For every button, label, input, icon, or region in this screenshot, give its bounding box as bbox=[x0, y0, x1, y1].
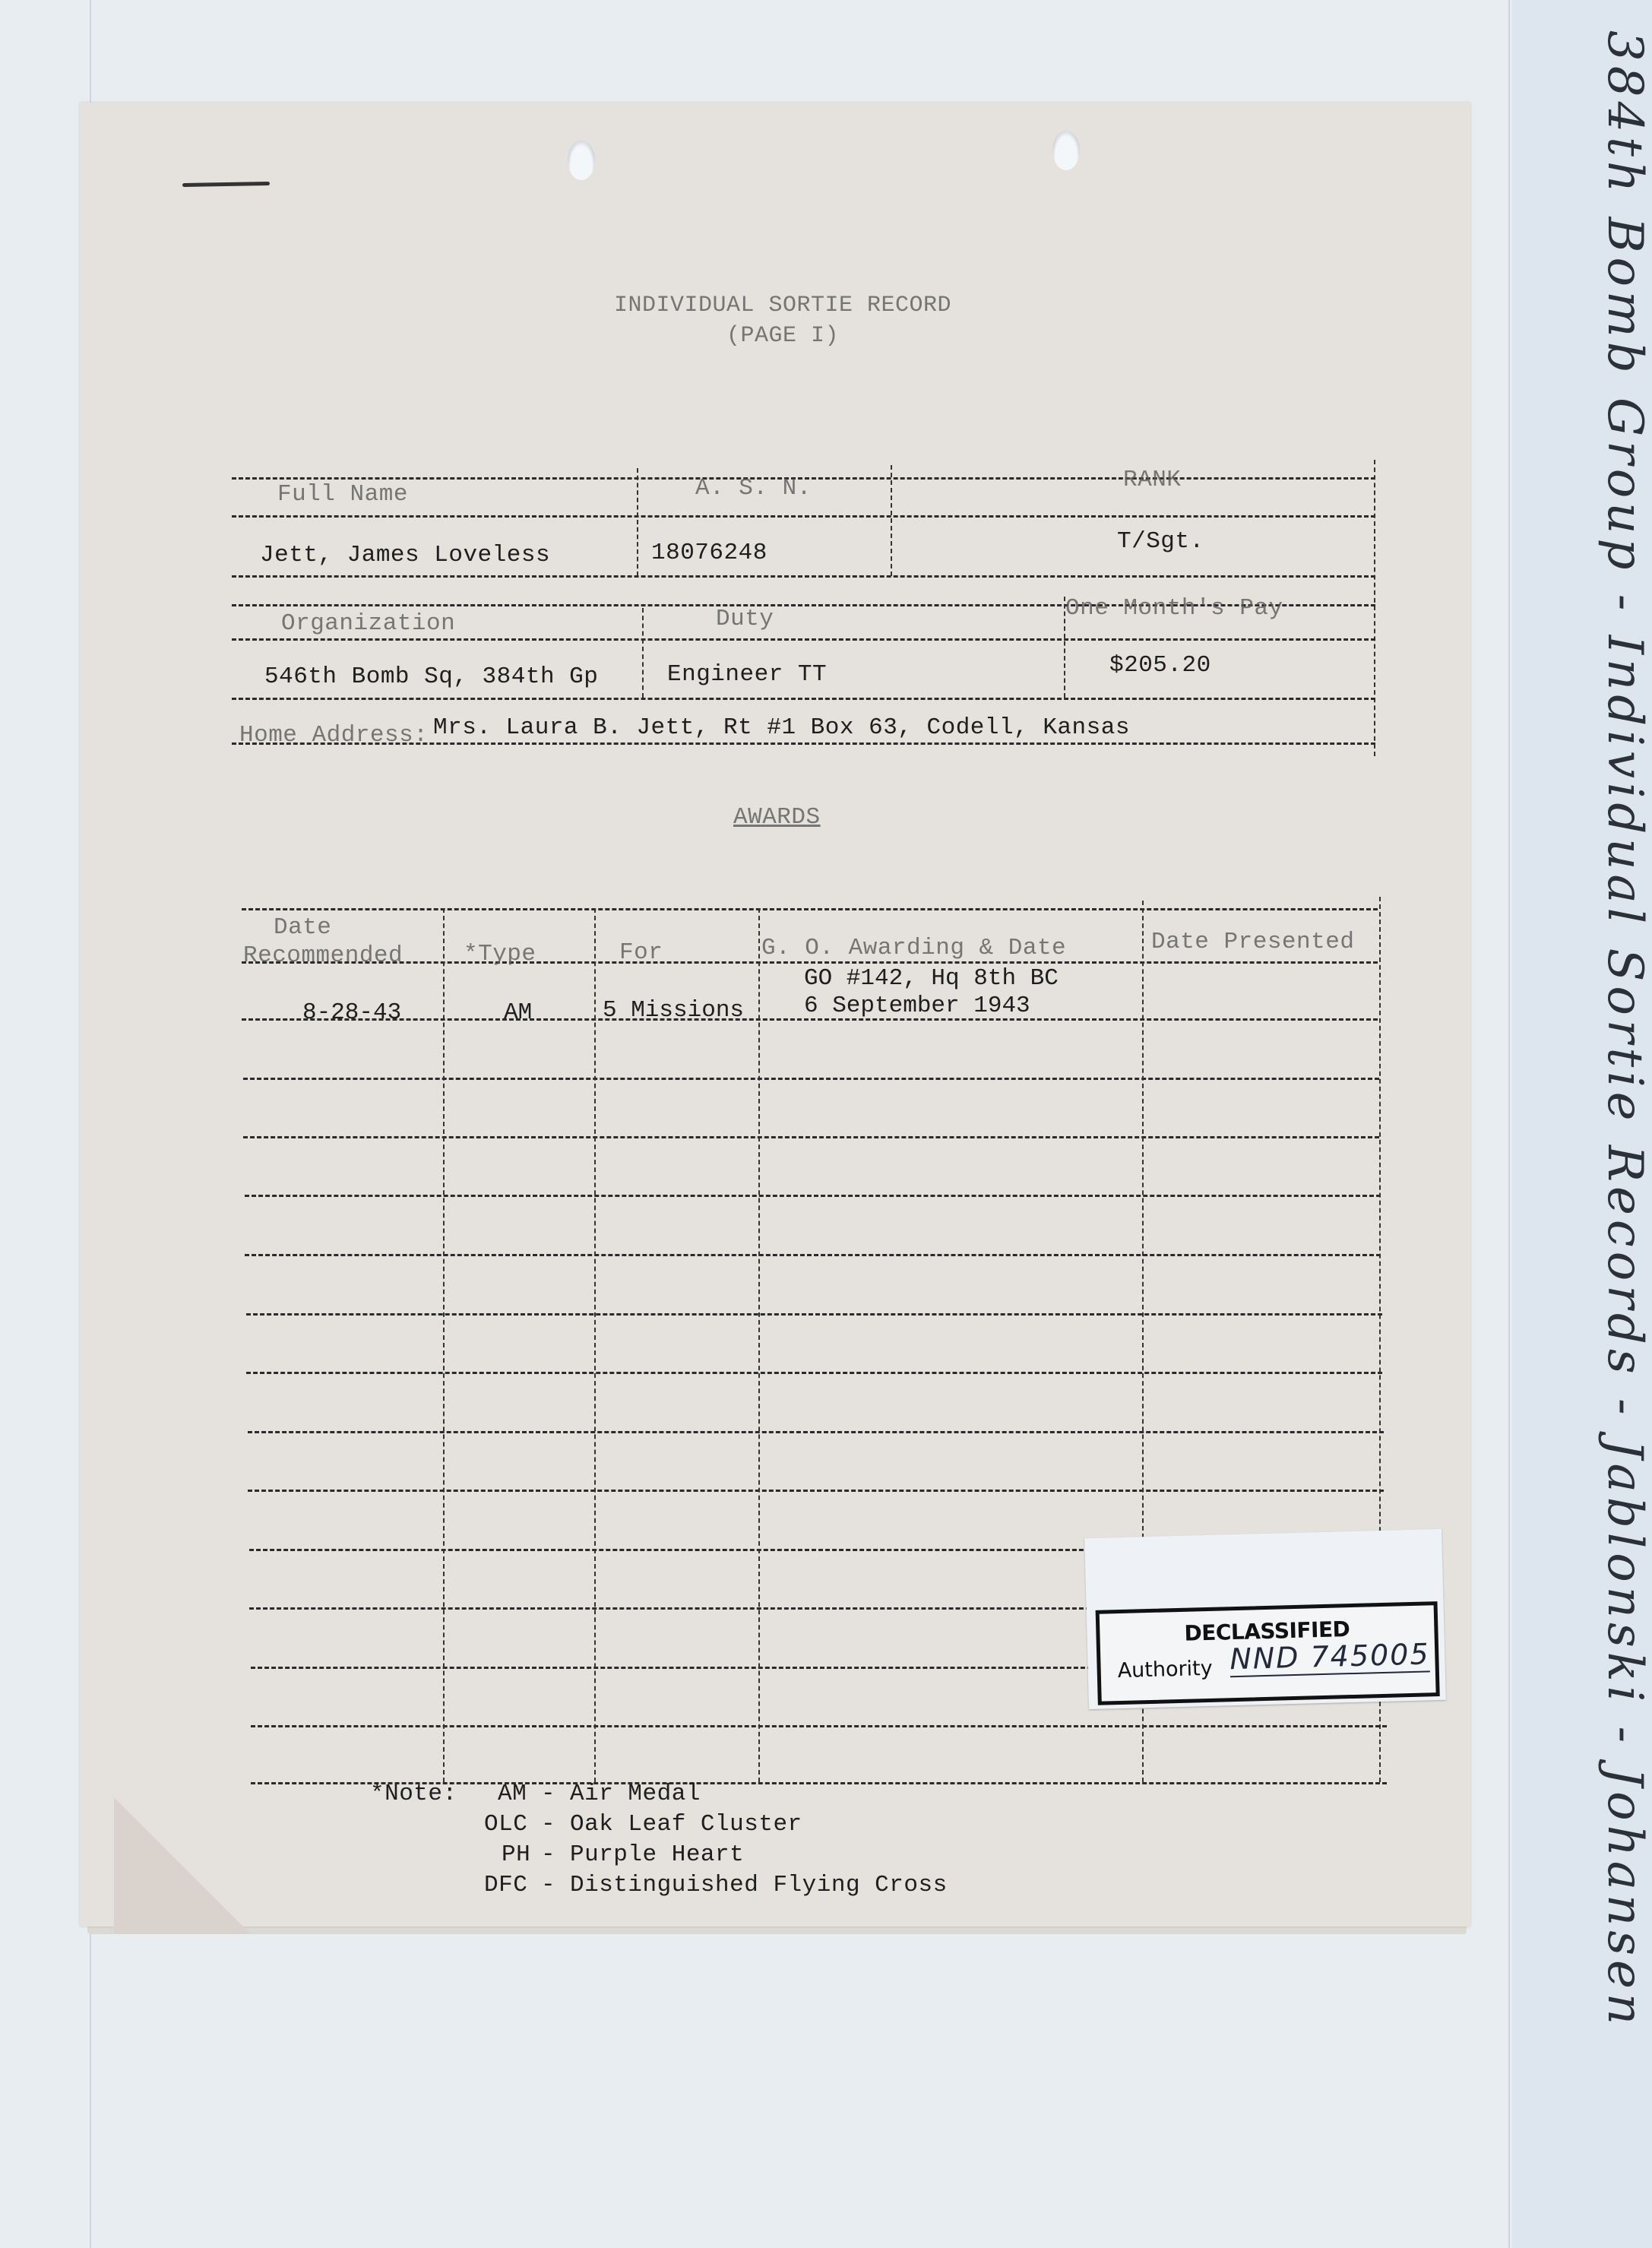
cell-go-line1: GO #142, Hq 8th BC bbox=[804, 965, 1059, 992]
authority-label: Authority bbox=[1117, 1657, 1213, 1683]
cell-for: 5 Missions bbox=[603, 997, 744, 1024]
declassified-box: DECLASSIFIED Authority NND 745005 bbox=[1096, 1601, 1440, 1705]
page-title: INDIVIDUAL SORTIE RECORD bbox=[555, 293, 1011, 318]
cell-date: 8-28-43 bbox=[302, 999, 401, 1026]
home-address-value: Mrs. Laura B. Jett, Rt #1 Box 63, Codell… bbox=[433, 714, 1130, 741]
note-meaning-dfc: Distinguished Flying Cross bbox=[570, 1872, 948, 1898]
asn-label: A. S. N. bbox=[695, 475, 812, 502]
organization-label: Organization bbox=[281, 610, 455, 637]
header-presented: Date Presented bbox=[1151, 929, 1354, 955]
organization-value: 546th Bomb Sq, 384th Gp bbox=[264, 663, 598, 690]
pay-value: $205.20 bbox=[1109, 652, 1211, 679]
note-meaning-am: Air Medal bbox=[570, 1781, 701, 1807]
folded-corner bbox=[114, 1797, 251, 1934]
cell-go-line2: 6 September 1943 bbox=[804, 993, 1030, 1019]
header-type: *Type bbox=[464, 941, 536, 967]
full-name-value: Jett, James Loveless bbox=[260, 542, 550, 568]
home-address-label: Home Address: bbox=[239, 722, 428, 749]
authority-number: NND 745005 bbox=[1230, 1637, 1430, 1677]
note-code-dfc: DFC bbox=[484, 1872, 527, 1898]
note-meaning-ph: Purple Heart bbox=[570, 1841, 744, 1868]
header-date-line2: Recommended bbox=[243, 942, 403, 969]
punch-hole-right bbox=[1052, 131, 1080, 170]
full-name-label: Full Name bbox=[277, 481, 408, 508]
pay-label: One Month's Pay bbox=[1065, 595, 1283, 622]
header-go: G. O. Awarding & Date bbox=[761, 935, 1066, 961]
awards-heading: AWARDS bbox=[733, 804, 821, 831]
rank-value: T/Sgt. bbox=[1117, 528, 1204, 555]
backing-edge-right bbox=[1508, 0, 1510, 2248]
note-label: *Note: bbox=[370, 1781, 457, 1807]
note-code-am: AM bbox=[498, 1781, 527, 1807]
note-meaning-olc: Oak Leaf Cluster bbox=[570, 1811, 802, 1838]
duty-value: Engineer TT bbox=[667, 661, 827, 688]
header-for: For bbox=[619, 939, 663, 966]
note-code-olc: OLC bbox=[484, 1811, 527, 1838]
page-subtitle: (PAGE I) bbox=[555, 323, 1011, 349]
duty-label: Duty bbox=[716, 606, 774, 632]
margin-handwriting: 384th Bomb Group - Individual Sortie Rec… bbox=[1592, 30, 1652, 1778]
rank-label: RANK bbox=[1123, 467, 1181, 493]
declassified-sticker: DECLASSIFIED Authority NND 745005 bbox=[1084, 1529, 1446, 1709]
cell-type: AM bbox=[504, 999, 532, 1026]
header-date-line1: Date bbox=[274, 914, 331, 941]
note-code-ph: PH bbox=[502, 1841, 530, 1868]
asn-value: 18076248 bbox=[651, 540, 767, 566]
punch-hole-left bbox=[568, 141, 595, 180]
